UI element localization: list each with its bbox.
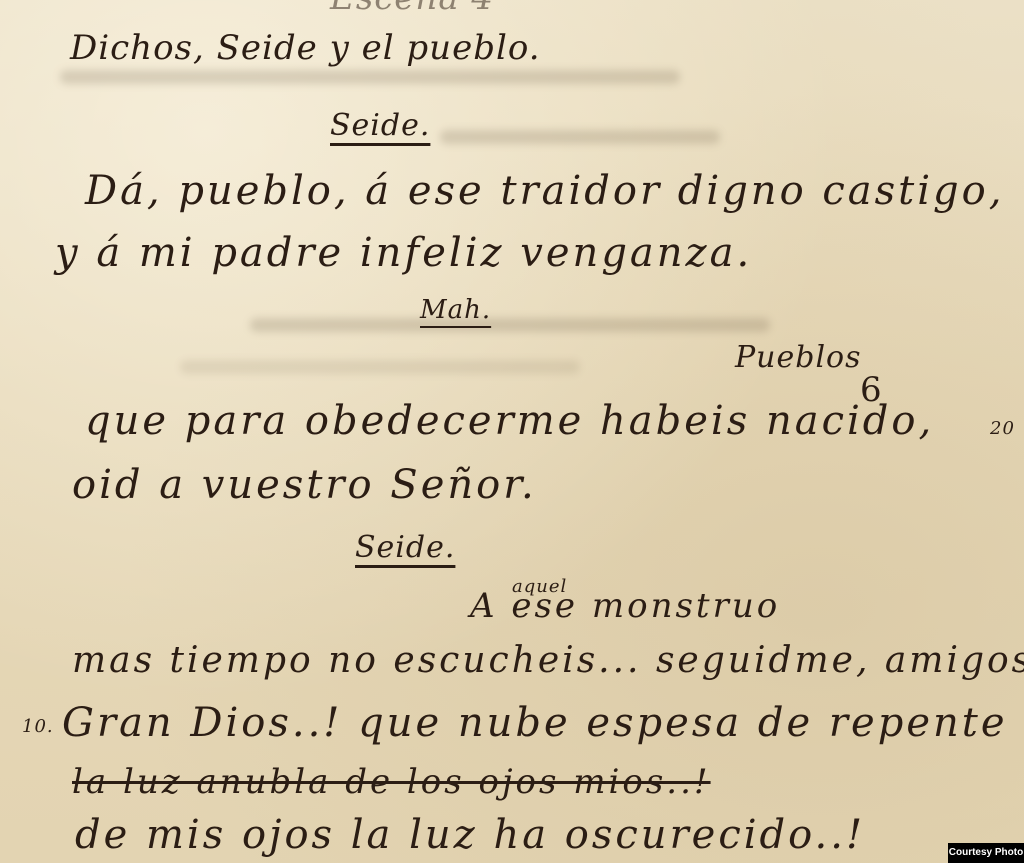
speaker-heading: Seide.: [330, 108, 430, 143]
stage-direction: Dichos, Seide y el pueblo.: [70, 28, 541, 68]
addressee: Pueblos: [735, 340, 862, 375]
speaker-heading: Seide.: [355, 530, 455, 565]
verse-line: A ese monstruo: [470, 586, 780, 626]
verse-line: Gran Dios..! que nube espesa de repente: [62, 700, 1008, 746]
ink-bleed: [60, 70, 680, 84]
margin-number: 10.: [22, 716, 54, 737]
verse-line: Dá, pueblo, á ese traidor digno castigo,: [85, 168, 1004, 214]
top-fragment: Escena 4ª: [330, 0, 511, 18]
verse-line: que para obedecerme habeis nacido,: [85, 398, 934, 444]
margin-number: 20: [990, 418, 1015, 439]
verse-line: mas tiempo no escucheis... seguidme, ami…: [72, 640, 1024, 681]
verse-line: de mis ojos la luz ha oscurecido..!: [75, 812, 865, 858]
struck-verse-line: la luz anubla de los ojos mios..!: [72, 762, 711, 802]
photo-credit: Courtesy Photo: [948, 843, 1024, 863]
verse-line: oid a vuestro Señor.: [72, 462, 537, 508]
ink-bleed: [250, 318, 770, 332]
ink-bleed: [440, 130, 720, 144]
ink-bleed: [180, 360, 580, 374]
speaker-heading: Mah.: [420, 295, 491, 325]
verse-line: y á mi padre infeliz venganza.: [55, 230, 752, 276]
